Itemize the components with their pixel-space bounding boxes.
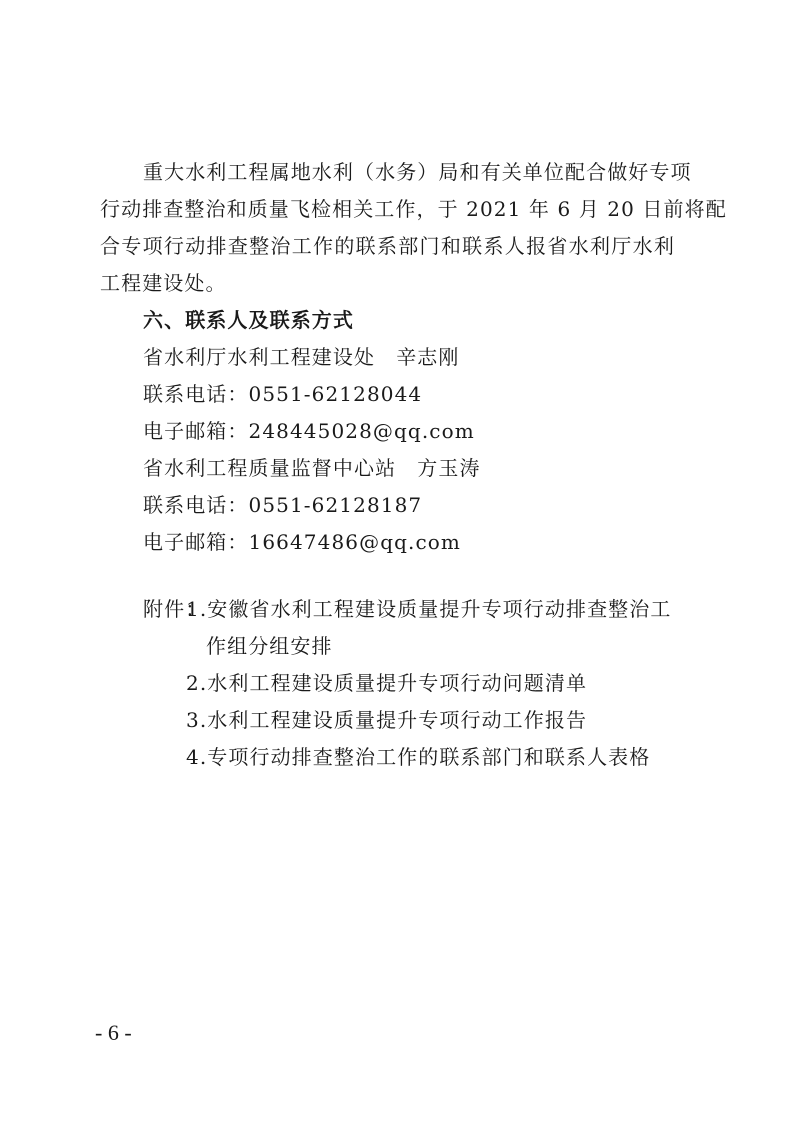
section-heading: 六、联系人及联系方式 [143,308,718,332]
contact-1-phone: 联系电话：0551-62128044 [143,382,718,406]
paragraph-line-4: 工程建设处。 [100,271,675,295]
contact-2-phone: 联系电话：0551-62128187 [143,493,718,517]
paragraph-line-3: 合专项行动排查整治工作的联系部门和联系人报省水利厅水利 [100,234,675,258]
paragraph-line-1: 重大水利工程属地水利（水务）局和有关单位配合做好专项 [143,160,675,184]
document-page: 重大水利工程属地水利（水务）局和有关单位配合做好专项 行动排查整治和质量飞检相关… [0,0,793,1122]
contact-2-unit: 省水利工程质量监督中心站 方玉涛 [143,456,718,480]
attachment-item-3: 3.水利工程建设质量提升专项行动工作报告 [186,708,761,732]
page-number: - 6 - [95,1020,132,1046]
attachment-item-1-cont: 作组分组安排 [206,634,781,658]
attachment-item-1: 1.安徽省水利工程建设质量提升专项行动排查整治工 [186,597,676,621]
attachment-item-4: 4.专项行动排查整治工作的联系部门和联系人表格 [186,745,761,769]
paragraph-line-2: 行动排查整治和质量飞检相关工作，于 2021 年 6 月 20 日前将配 [100,197,675,221]
contact-2-email: 电子邮箱：16647486@qq.com [143,530,718,554]
contact-1-email: 电子邮箱：248445028@qq.com [143,419,718,443]
attachment-item-2: 2.水利工程建设质量提升专项行动问题清单 [186,671,761,695]
contact-1-unit: 省水利厅水利工程建设处 辛志刚 [143,345,718,369]
